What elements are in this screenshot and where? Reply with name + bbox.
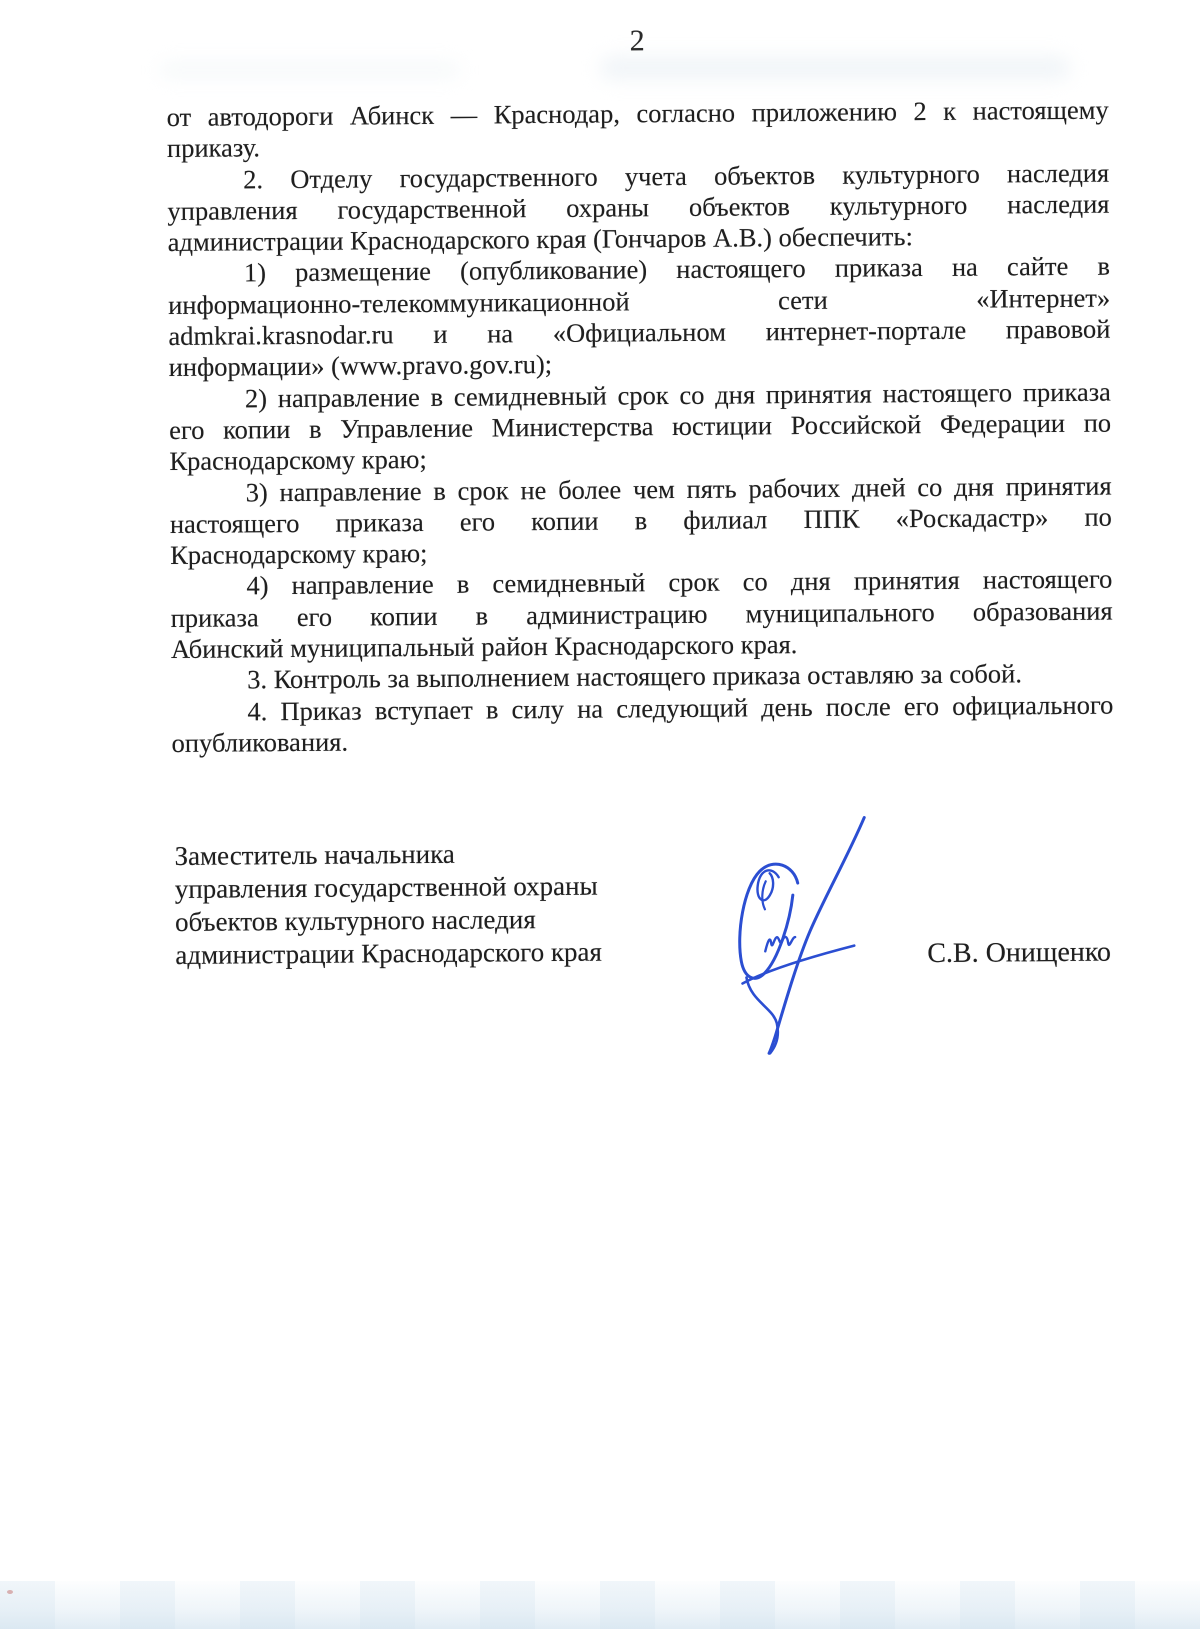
signatory-title-line: Заместитель начальника xyxy=(174,837,601,873)
signatory-title-line: объектов культурного наследия xyxy=(175,903,602,939)
signatory-title-line: управления государственной охраны xyxy=(175,870,602,906)
body-text: от автодороги Абинск — Краснодар, соглас… xyxy=(167,95,1114,760)
scan-artifact-strip xyxy=(0,1581,1200,1629)
paragraph: 3) направление в срок не более чем пять … xyxy=(170,470,1113,571)
handwritten-signature-icon xyxy=(677,784,909,1096)
signatory-title: Заместитель начальника управления госуда… xyxy=(174,837,602,972)
paragraph: 4) направление в семидневный срок со дня… xyxy=(170,564,1113,665)
document-page: 2 от автодороги Абинск — Краснодар, согл… xyxy=(0,0,1200,1629)
paragraph: 4. Приказ вступает в силу на следующий д… xyxy=(171,689,1113,759)
page-number: 2 xyxy=(166,21,1108,62)
page-content: 2 от автодороги Абинск — Краснодар, согл… xyxy=(166,21,1114,760)
paragraph: от автодороги Абинск — Краснодар, соглас… xyxy=(167,95,1109,165)
body-line: опубликования. xyxy=(171,721,1113,760)
signatory-title-line: администрации Краснодарского края xyxy=(175,936,602,972)
paragraph: 2) направление в семидневный срок со дня… xyxy=(169,376,1112,477)
paragraph: 1) размещение (опубликование) настоящего… xyxy=(168,251,1111,384)
signatory-name: С.В. Онищенко xyxy=(927,937,1111,970)
scan-speck xyxy=(7,1590,13,1594)
paragraph: 2. Отделу государственного учета объекто… xyxy=(167,157,1110,258)
